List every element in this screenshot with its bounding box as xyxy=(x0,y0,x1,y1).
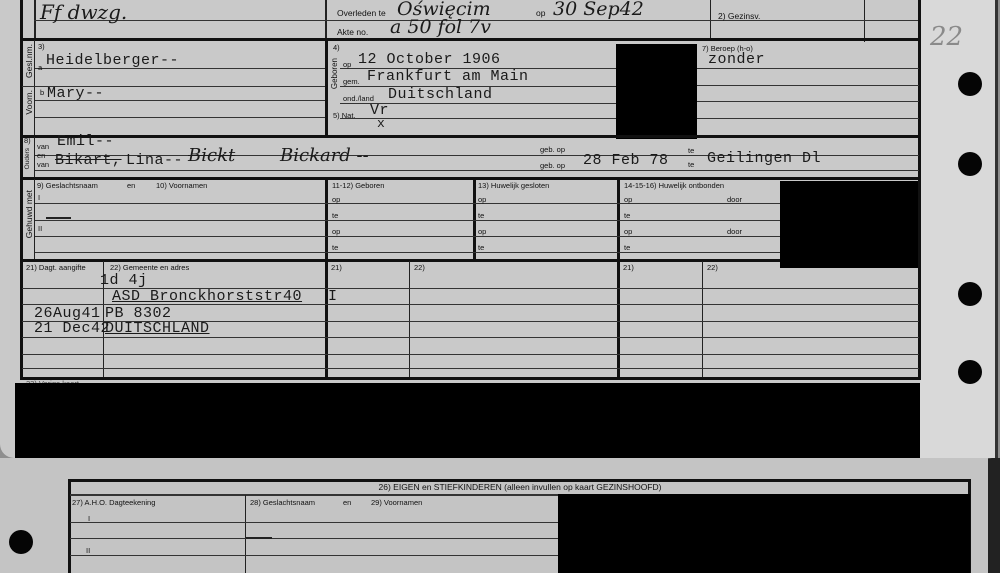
geboren-label: Geboren xyxy=(330,58,339,89)
divider xyxy=(35,117,325,118)
row-op: op xyxy=(478,195,486,204)
divider xyxy=(325,0,327,38)
row-label-ii: II xyxy=(86,546,90,555)
divider xyxy=(697,118,919,119)
punch-hole-icon xyxy=(958,360,982,384)
col-header-huwelijk-gesloten: 13) Huwelijk gesloten xyxy=(478,181,549,190)
col-header-firstnames: 10) Voornamen xyxy=(156,181,207,190)
gesl-nm-label: Gesl.nm. xyxy=(24,44,34,78)
divider xyxy=(70,522,558,523)
section-divider xyxy=(20,177,920,180)
col-header-surname: 28) Geslachtsnaam xyxy=(250,498,315,507)
birth-municipality: Frankfurt am Main xyxy=(367,68,529,85)
address-marker: I xyxy=(328,288,338,305)
divider xyxy=(34,179,35,259)
col-header-aho-dagteekening: 27) A.H.O. Dagteekening xyxy=(72,498,155,507)
col-header-firstnames: 29) Voornamen xyxy=(371,498,422,507)
en-label: en xyxy=(343,498,351,507)
divider xyxy=(697,85,919,86)
row-te: te xyxy=(478,243,484,252)
mother-first-name: Lina-- xyxy=(126,152,183,169)
col-header-21: 21) xyxy=(331,263,342,272)
op-label: op xyxy=(536,8,545,18)
geb-op-label: geb. op xyxy=(540,145,565,154)
te-label: te xyxy=(688,160,694,169)
te-label: te xyxy=(688,146,694,155)
col-header-21: 21) xyxy=(623,263,634,272)
divider xyxy=(710,0,711,38)
col-header-gemeente-adres: 22) Gemeente en adres xyxy=(110,263,189,272)
a-marker: a xyxy=(38,63,42,72)
surname: Heidelberger-- xyxy=(46,52,179,69)
gem-label: gem. xyxy=(343,77,360,86)
divider xyxy=(617,179,620,259)
divider xyxy=(325,261,328,378)
divider xyxy=(35,252,780,253)
row-op: op xyxy=(332,227,340,236)
mother-correction-struck: Bickt xyxy=(188,145,235,166)
section-divider xyxy=(20,259,780,262)
mother-birth-place: Geilingen Dl xyxy=(707,150,821,167)
first-name: Mary-- xyxy=(47,85,104,102)
divider xyxy=(35,236,780,237)
row-label-i: I xyxy=(88,514,90,523)
gezinsv-label: 2) Gezinsv. xyxy=(718,11,760,21)
voorn-label: Voorn. xyxy=(24,90,34,115)
overleden-label: Overleden te xyxy=(337,8,386,18)
handwritten-mark: Ff dwzg. xyxy=(40,0,127,24)
field-number: 3) xyxy=(38,42,45,51)
col-header-geboren: 11-12) Geboren xyxy=(332,181,384,190)
col-header-22: 22) xyxy=(414,263,425,272)
col-header-surname: 9) Geslachtsnaam xyxy=(37,181,98,190)
frame-left xyxy=(20,0,23,380)
birth-country: Duitschland xyxy=(388,86,493,103)
divider xyxy=(864,0,865,42)
divider xyxy=(617,261,620,378)
divider xyxy=(325,179,328,259)
punch-hole-icon xyxy=(958,72,982,96)
card-index-tab xyxy=(920,0,998,458)
birth-date: 12 October 1906 xyxy=(358,51,501,68)
row-op: op xyxy=(624,195,632,204)
nat-label: 5) Nat. xyxy=(333,111,356,120)
death-date: 30 Sep42 xyxy=(553,0,644,20)
punch-hole-icon xyxy=(958,282,982,306)
divider xyxy=(697,68,919,69)
redaction-block xyxy=(780,181,918,268)
row-door: door xyxy=(727,195,742,204)
mother-surname-corrected: Bickard -- xyxy=(280,145,369,166)
divider xyxy=(35,220,780,221)
redaction-block xyxy=(558,494,970,573)
nationality-mark: x xyxy=(377,116,385,131)
col-header-22: 22) xyxy=(707,263,718,272)
address-entry: ASD Bronckhorststr40 xyxy=(112,288,302,305)
divider xyxy=(35,203,780,204)
redaction-block xyxy=(616,44,697,139)
registration-date: 21 Dec42 xyxy=(34,320,110,337)
van-label: van xyxy=(37,160,49,169)
divider xyxy=(697,101,919,102)
dash-mark xyxy=(46,217,71,219)
row-label-i: I xyxy=(38,193,40,202)
b-marker: b xyxy=(40,88,44,97)
mother-birth-date: 28 Feb 78 xyxy=(583,152,669,169)
col-header-dagt-aangifte: 21) Dagt. aangifte xyxy=(26,263,86,272)
section-divider xyxy=(20,38,920,41)
punch-hole-icon xyxy=(9,530,33,554)
divider xyxy=(34,137,35,177)
mother-surname-struck: Bikart, xyxy=(55,152,122,169)
dash-mark xyxy=(246,537,272,539)
frame-right xyxy=(918,0,921,380)
en-label: en xyxy=(127,181,135,190)
redaction-block xyxy=(15,383,920,458)
gehuwd-met-label: Gehuwd met xyxy=(24,190,34,238)
pencil-card-number: 22 xyxy=(930,22,963,52)
akte-value: a 50 fol 7v xyxy=(390,16,491,38)
divider xyxy=(22,368,919,369)
section-title-children: 26) EIGEN en STIEFKINDEREN (alleen invul… xyxy=(0,482,1000,492)
address-entry: 1d 4j xyxy=(100,272,148,289)
row-te: te xyxy=(478,211,484,220)
van-label: van xyxy=(37,142,49,151)
punch-hole-icon xyxy=(958,152,982,176)
divider xyxy=(22,354,919,355)
divider xyxy=(473,179,476,259)
ouders-label: Ouders xyxy=(24,148,31,169)
op-label: op xyxy=(343,60,351,69)
en-label: en xyxy=(37,151,45,160)
row-te: te xyxy=(624,211,630,220)
section-divider xyxy=(20,377,920,380)
row-te: te xyxy=(332,211,338,220)
divider xyxy=(409,261,410,378)
father-name: Emil-- xyxy=(57,133,114,150)
row-label-ii: II xyxy=(38,224,42,233)
divider xyxy=(245,495,246,573)
row-te: te xyxy=(624,243,630,252)
section-divider xyxy=(20,135,920,138)
divider xyxy=(70,538,558,539)
address-entry: DUITSCHLAND xyxy=(105,320,210,337)
divider xyxy=(325,40,328,135)
divider xyxy=(35,170,919,171)
geb-op-label: geb. op xyxy=(540,161,565,170)
occupation-value: zonder xyxy=(708,51,765,68)
row-op: op xyxy=(478,227,486,236)
divider xyxy=(70,555,558,556)
card-edge xyxy=(970,458,988,573)
row-door: door xyxy=(727,227,742,236)
divider xyxy=(34,0,36,38)
row-op: op xyxy=(624,227,632,236)
row-op: op xyxy=(332,195,340,204)
field-number: 8) xyxy=(24,136,31,145)
divider xyxy=(22,337,919,338)
col-header-huwelijk-ontbonden: 14-15-16) Huwelijk ontbonden xyxy=(624,181,724,190)
divider xyxy=(702,261,703,378)
field-number: 4) xyxy=(333,43,340,52)
akte-label: Akte no. xyxy=(337,27,368,37)
row-te: te xyxy=(332,243,338,252)
divider xyxy=(34,40,35,135)
